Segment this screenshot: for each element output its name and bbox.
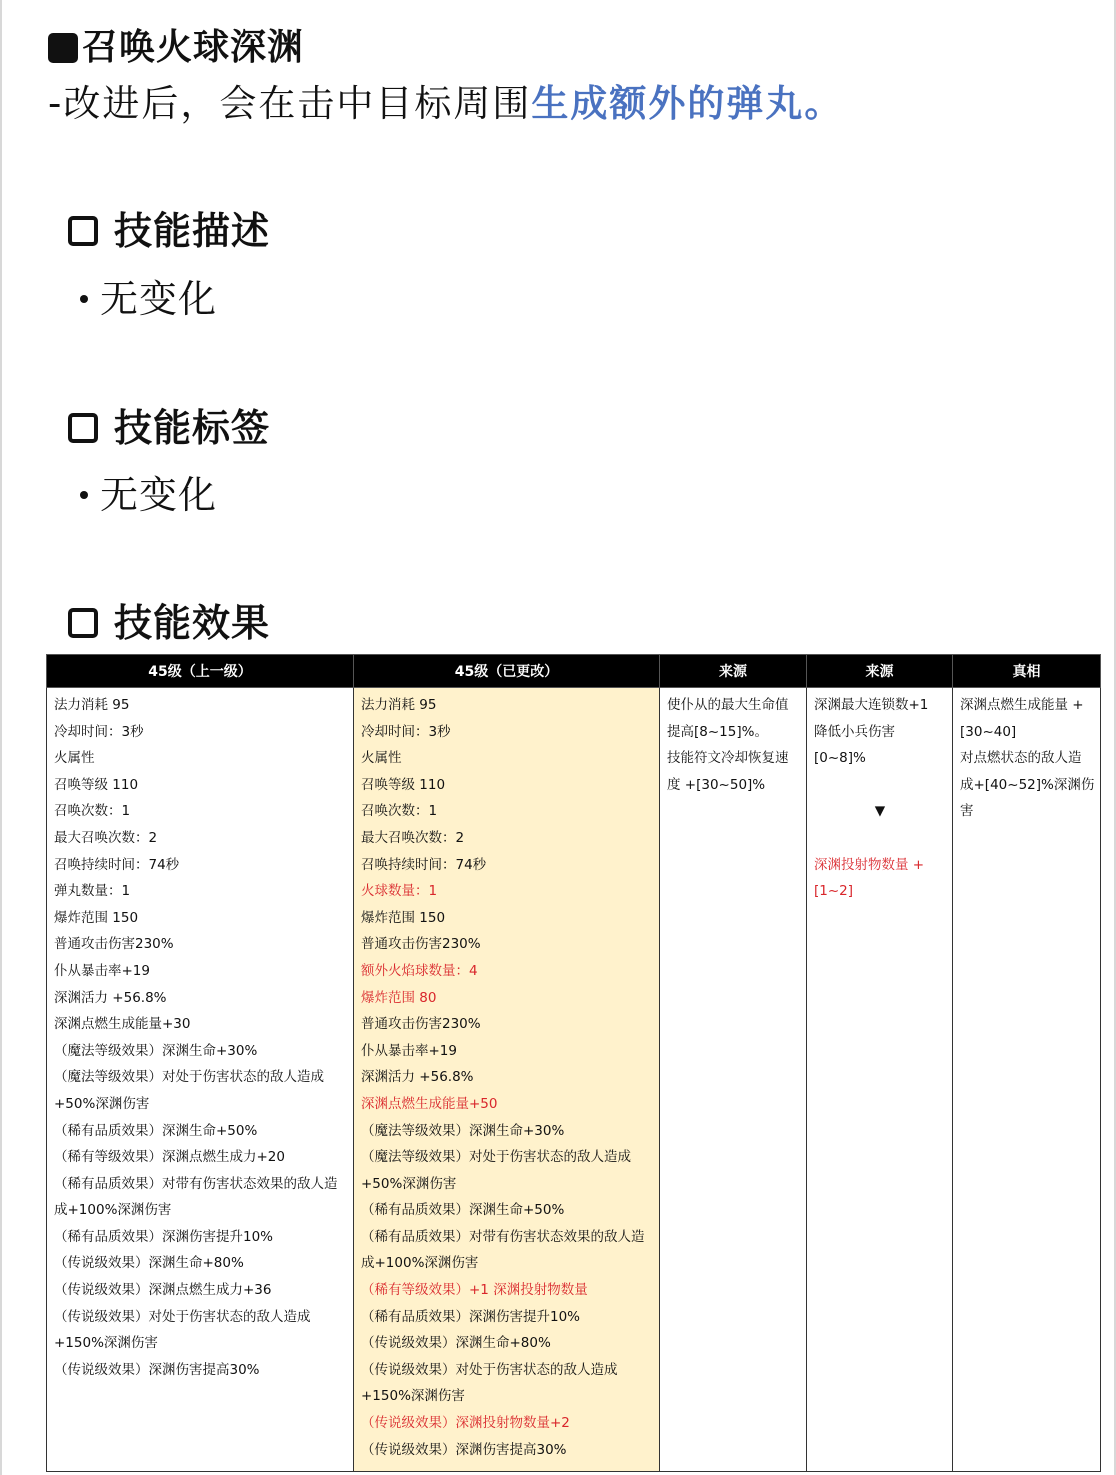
cell-line-changed: （传说级效果）深渊投射物数量+2 [361, 1410, 653, 1437]
cell-line: 害 [960, 798, 1094, 825]
cell-line: +150%深渊伤害 [361, 1383, 653, 1410]
header-changed-level: 45级（已更改） [354, 655, 660, 688]
change-summary-text: -改进后，会在击中目标周围 [48, 82, 531, 125]
source-1-cell: 使仆从的最大生命值提高[8~15]%。技能符文冷却恢复速度 +[30~50]% [660, 688, 807, 1472]
section-bullet-tags: 无变化 [80, 470, 217, 520]
cell-line: 召唤等级 110 [361, 772, 653, 799]
header-previous-level: 45级（上一级） [47, 655, 354, 688]
previous-level-cell: 法力消耗 95冷却时间：3秒火属性召唤等级 110召唤次数：1最大召唤次数：2召… [47, 688, 354, 1472]
bullet-text: 无变化 [100, 274, 217, 324]
cell-line: 仆从暴击率+19 [361, 1038, 653, 1065]
cell-line: （魔法等级效果）对处于伤害状态的敌人造成 [54, 1064, 347, 1091]
section-heading-description: 技能描述 [68, 206, 270, 256]
down-arrow-icon: ▼ [814, 798, 946, 825]
cell-line: 对点燃状态的敌人造 [960, 745, 1094, 772]
cell-line: （稀有品质效果）深渊生命+50% [54, 1118, 347, 1145]
cell-line: [0~8]% [814, 745, 946, 772]
page-title: 召唤火球深渊 [48, 24, 304, 72]
truth-cell: 深渊点燃生成能量 +[30~40]对点燃状态的敌人造成+[40~52]%深渊伤害 [953, 688, 1101, 1472]
cell-line: 度 +[30~50]% [667, 772, 800, 799]
section-heading-text: 技能效果 [114, 598, 270, 648]
cell-line: （魔法等级效果）深渊生命+30% [54, 1038, 347, 1065]
header-source-2: 来源 [807, 655, 953, 688]
page-title-text: 召唤火球深渊 [82, 24, 304, 72]
cell-line: 冷却时间：3秒 [54, 719, 347, 746]
bullet-text: 无变化 [100, 470, 217, 520]
cell-line: 召唤持续时间：74秒 [54, 852, 347, 879]
cell-line: 深渊点燃生成能量+30 [54, 1011, 347, 1038]
cell-line: （魔法等级效果）对处于伤害状态的敌人造成 [361, 1144, 653, 1171]
cell-line: 深渊点燃生成能量 + [960, 692, 1094, 719]
cell-line: 弹丸数量：1 [54, 878, 347, 905]
cell-line-changed: [1~2] [814, 878, 946, 905]
cell-line: 成+100%深渊伤害 [54, 1197, 347, 1224]
cell-line-changed: 深渊投射物数量 + [814, 852, 946, 879]
header-source-1: 来源 [660, 655, 807, 688]
cell-line: 召唤等级 110 [54, 772, 347, 799]
cell-line: （传说级效果）深渊点燃生成力+36 [54, 1277, 347, 1304]
bullet-dot-icon [80, 295, 88, 303]
cell-line: 普通攻击伤害230% [361, 931, 653, 958]
cell-line: 召唤持续时间：74秒 [361, 852, 653, 879]
table-row: 法力消耗 95冷却时间：3秒火属性召唤等级 110召唤次数：1最大召唤次数：2召… [47, 688, 1101, 1472]
cell-line: （稀有品质效果）深渊伤害提升10% [361, 1304, 653, 1331]
cell-line: 技能符文冷却恢复速 [667, 745, 800, 772]
bullet-dot-icon [80, 491, 88, 499]
cell-line: 火属性 [361, 745, 653, 772]
cell-line: [30~40] [960, 719, 1094, 746]
section-heading-tags: 技能标签 [68, 403, 270, 453]
cell-line: 爆炸范围 150 [54, 905, 347, 932]
cell-line: 法力消耗 95 [54, 692, 347, 719]
cell-line: 深渊最大连锁数+1 [814, 692, 946, 719]
cell-line-changed: 火球数量：1 [361, 878, 653, 905]
cell-line: （魔法等级效果）深渊生命+30% [361, 1118, 653, 1145]
filled-square-icon [48, 33, 78, 63]
cell-line: 普通攻击伤害230% [361, 1011, 653, 1038]
cell-line: +50%深渊伤害 [361, 1171, 653, 1198]
checkbox-square-icon [68, 216, 98, 246]
checkbox-square-icon [68, 608, 98, 638]
cell-line: 普通攻击伤害230% [54, 931, 347, 958]
cell-line: 仆从暴击率+19 [54, 958, 347, 985]
cell-line: 召唤次数：1 [361, 798, 653, 825]
cell-line-changed: 额外火焰球数量：4 [361, 958, 653, 985]
cell-line: 火属性 [54, 745, 347, 772]
cell-line: 深渊活力 +56.8% [54, 985, 347, 1012]
change-summary: -改进后，会在击中目标周围生成额外的弹丸。 [48, 78, 843, 130]
cell-line: 爆炸范围 150 [361, 905, 653, 932]
skill-effects-table: 45级（上一级） 45级（已更改） 来源 来源 真相 法力消耗 95冷却时间：3… [46, 654, 1101, 1472]
checkbox-square-icon [68, 413, 98, 443]
cell-line: （传说级效果）深渊伤害提高30% [361, 1437, 653, 1464]
cell-line: 召唤次数：1 [54, 798, 347, 825]
cell-line-changed: （稀有等级效果）+1 深渊投射物数量 [361, 1277, 653, 1304]
cell-line: 深渊活力 +56.8% [361, 1064, 653, 1091]
cell-line: （稀有等级效果）深渊点燃生成力+20 [54, 1144, 347, 1171]
cell-line: （传说级效果）对处于伤害状态的敌人造成 [361, 1357, 653, 1384]
cell-line: 冷却时间：3秒 [361, 719, 653, 746]
table-header-row: 45级（上一级） 45级（已更改） 来源 来源 真相 [47, 655, 1101, 688]
section-heading-text: 技能描述 [114, 206, 270, 256]
cell-line: （稀有品质效果）深渊伤害提升10% [54, 1224, 347, 1251]
section-heading-text: 技能标签 [114, 403, 270, 453]
cell-line-changed: 爆炸范围 80 [361, 985, 653, 1012]
source-2-cell: 深渊最大连锁数+1 降低小兵伤害 [0~8]% ▼ 深渊投射物数量 + [1~2… [807, 688, 953, 1472]
cell-line-changed: 深渊点燃生成能量+50 [361, 1091, 653, 1118]
cell-line: 最大召唤次数：2 [54, 825, 347, 852]
cell-line: （传说级效果）深渊伤害提高30% [54, 1357, 347, 1384]
cell-line: 降低小兵伤害 [814, 719, 946, 746]
cell-line: （稀有品质效果）对带有伤害状态效果的敌人造 [54, 1171, 347, 1198]
section-bullet-description: 无变化 [80, 274, 217, 324]
cell-line: +150%深渊伤害 [54, 1330, 347, 1357]
cell-line: 提高[8~15]%。 [667, 719, 800, 746]
cell-line: （传说级效果）深渊生命+80% [54, 1250, 347, 1277]
cell-line: （传说级效果）深渊生命+80% [361, 1330, 653, 1357]
cell-line: （传说级效果）对处于伤害状态的敌人造成 [54, 1304, 347, 1331]
header-truth: 真相 [953, 655, 1101, 688]
cell-line: 成+[40~52]%深渊伤 [960, 772, 1094, 799]
page-left-border [0, 0, 2, 1475]
changed-level-cell: 法力消耗 95冷却时间：3秒火属性召唤等级 110召唤次数：1最大召唤次数：2召… [354, 688, 660, 1472]
cell-line: （稀有品质效果）对带有伤害状态效果的敌人造 [361, 1224, 653, 1251]
cell-line: 使仆从的最大生命值 [667, 692, 800, 719]
cell-line: 成+100%深渊伤害 [361, 1250, 653, 1277]
cell-line: 最大召唤次数：2 [361, 825, 653, 852]
cell-line: （稀有品质效果）深渊生命+50% [361, 1197, 653, 1224]
cell-line: 法力消耗 95 [361, 692, 653, 719]
cell-line: +50%深渊伤害 [54, 1091, 347, 1118]
change-summary-highlight: 生成额外的弹丸。 [531, 82, 843, 125]
section-heading-effects: 技能效果 [68, 598, 270, 648]
